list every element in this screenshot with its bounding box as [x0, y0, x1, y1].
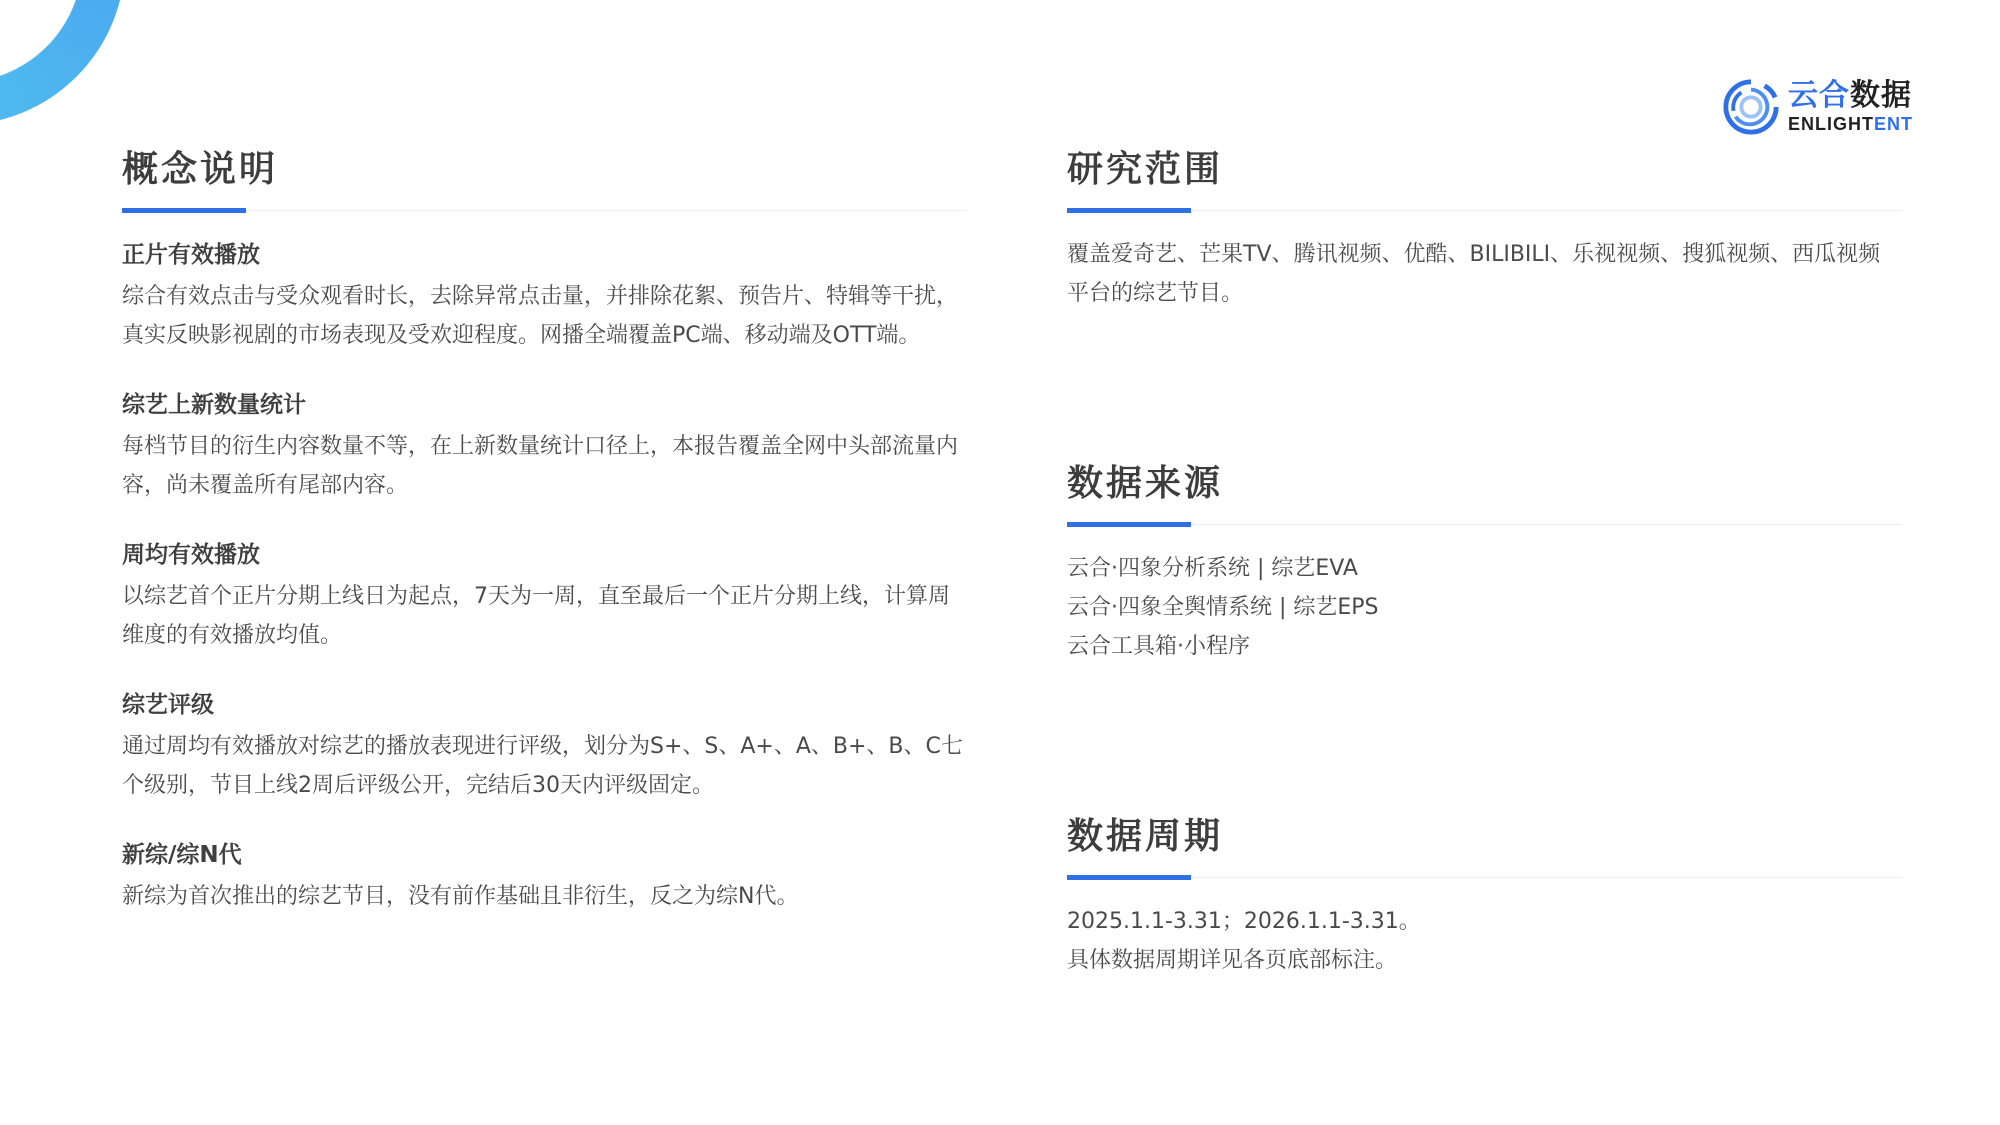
brand-name-en-dark: ENLIGHT: [1788, 114, 1874, 134]
brand-name-en-blue: ENT: [1874, 114, 1913, 134]
concepts-title: 概念说明: [122, 146, 967, 194]
concept-title: 综艺上新数量统计: [122, 389, 967, 421]
concept-item: 正片有效播放 综合有效点击与受众观看时长，去除异常点击量，并排除花絮、预告片、特…: [122, 239, 967, 355]
concept-title: 周均有效播放: [122, 539, 967, 571]
concept-body: 通过周均有效播放对综艺的播放表现进行评级，划分为S+、S、A+、A、B+、B、C…: [122, 727, 967, 805]
concept-item: 周均有效播放 以综艺首个正片分期上线日为起点，7天为一周，直至最后一个正片分期上…: [122, 539, 967, 655]
period-title: 数据周期: [1067, 813, 1902, 861]
scope-body: 覆盖爱奇艺、芒果TV、腾讯视频、优酷、BILIBILI、乐视视频、搜狐视频、西瓜…: [1067, 235, 1902, 313]
concept-body: 综合有效点击与受众观看时长，去除异常点击量，并排除花絮、预告片、特辑等干扰，真实…: [122, 277, 967, 355]
brand-name-cn-dark: 数据: [1850, 78, 1912, 113]
section-divider: [122, 208, 967, 213]
section-divider: [1067, 875, 1902, 880]
scope-title: 研究范围: [1067, 146, 1902, 194]
concept-title: 新综/综N代: [122, 839, 967, 871]
concept-item: 综艺上新数量统计 每档节目的衍生内容数量不等，在上新数量统计口径上，本报告覆盖全…: [122, 389, 967, 505]
sources-title: 数据来源: [1067, 460, 1902, 508]
source-line: 云合工具箱·小程序: [1067, 627, 1902, 666]
period-line: 2025.1.1-3.31；2026.1.1-3.31。: [1067, 902, 1902, 941]
scope-section: 研究范围 覆盖爱奇艺、芒果TV、腾讯视频、优酷、BILIBILI、乐视视频、搜狐…: [1067, 146, 1902, 313]
concept-title: 正片有效播放: [122, 239, 967, 271]
period-line: 具体数据周期详见各页底部标注。: [1067, 941, 1902, 980]
source-line: 云合·四象分析系统 | 综艺EVA: [1067, 549, 1902, 588]
section-divider: [1067, 522, 1902, 527]
concept-item: 综艺评级 通过周均有效播放对综艺的播放表现进行评级，划分为S+、S、A+、A、B…: [122, 689, 967, 805]
concept-body: 每档节目的衍生内容数量不等，在上新数量统计口径上，本报告覆盖全网中头部流量内容，…: [122, 427, 967, 505]
concepts-section: 概念说明 正片有效播放 综合有效点击与受众观看时长，去除异常点击量，并排除花絮、…: [122, 146, 967, 916]
decorative-ring: [0, 0, 125, 125]
source-line: 云合·四象全舆情系统 | 综艺EPS: [1067, 588, 1902, 627]
section-divider: [1067, 208, 1902, 213]
concept-item: 新综/综N代 新综为首次推出的综艺节目，没有前作基础且非衍生，反之为综N代。: [122, 839, 967, 916]
brand-name-cn-blue: 云合: [1788, 78, 1850, 113]
concept-title: 综艺评级: [122, 689, 967, 721]
period-list: 2025.1.1-3.31；2026.1.1-3.31。 具体数据周期详见各页底…: [1067, 902, 1902, 980]
concept-body: 以综艺首个正片分期上线日为起点，7天为一周，直至最后一个正片分期上线，计算周维度…: [122, 577, 967, 655]
brand-logo: 云合数据 ENLIGHTENT: [1722, 76, 1913, 138]
logo-ring-icon: [1722, 78, 1780, 136]
sources-section: 数据来源 云合·四象分析系统 | 综艺EVA 云合·四象全舆情系统 | 综艺EP…: [1067, 460, 1902, 666]
period-section: 数据周期 2025.1.1-3.31；2026.1.1-3.31。 具体数据周期…: [1067, 813, 1902, 980]
concept-body: 新综为首次推出的综艺节目，没有前作基础且非衍生，反之为综N代。: [122, 877, 967, 916]
sources-list: 云合·四象分析系统 | 综艺EVA 云合·四象全舆情系统 | 综艺EPS 云合工…: [1067, 549, 1902, 666]
